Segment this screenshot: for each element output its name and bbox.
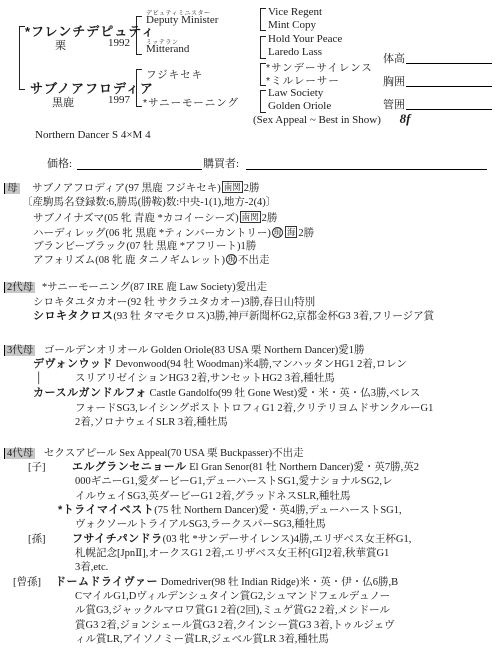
greatgrandchild1-cont4: ィル賞LR,アイソノミー賞LR,ジェベル賞LR 3着,種牡馬	[75, 633, 329, 646]
foal-line-1: サブノイナズマ(05 牝 青鹿 *カコイーシーズ)南関2勝	[33, 211, 277, 225]
cannon-blank-line	[406, 108, 492, 110]
sire-dam-name: Mitterand	[146, 43, 189, 55]
gen4-section-line: 4代母 セクスアピール Sex Appeal(70 USA 栗 Buckpass…	[4, 447, 304, 460]
gen3-section-label: 3代母	[4, 345, 35, 356]
gg6-name: *ミルレーサー	[266, 73, 340, 88]
dam-sire-name: フジキセキ	[146, 67, 203, 82]
height-label: 体高	[383, 50, 405, 66]
foal2-region-badge: 海	[285, 226, 298, 238]
gen3-head: ゴールデンオリオール Golden Oriole(83 USA 栗 Northe…	[44, 345, 365, 356]
greatgrandchild1-cont1: CマイルG1,Dヴィルデンシュタイン賞G2,シュマンドフェルデュノー	[75, 590, 390, 603]
gen3-foal-2: カースルガンドルフォ Castle Gandolfo(99 牡 Gone Wes…	[33, 387, 420, 400]
dam-record-wins: 2勝	[244, 183, 260, 194]
child1-cont1: 000ギニーG1,愛ダービーG1,デューハーストSG1,愛ナショナルSG2,レ	[75, 475, 393, 488]
family-number: 8f	[400, 111, 411, 126]
price-label: 価格:	[47, 155, 72, 171]
grandchild1-cont2: 3着,etc.	[75, 561, 108, 574]
greatgrandchild1-cont3: 賞G3 2着,ジョンシェール賞G3 2着,クインシー賞G3 3着,トゥルジェヴ	[75, 619, 395, 632]
gen3-foal-1-cont: スリアリゼイションHG3 2着,サンセットHG2 3着,種牡馬	[75, 372, 335, 385]
greatgrandchild1-name: ドームドライヴァー	[55, 576, 158, 588]
foal2-active-badge: 現	[272, 227, 283, 238]
gen3-foal1-name: デヴォンウッド	[33, 358, 113, 370]
pedigree-bracket-gp4	[260, 90, 266, 113]
grandchild1-line: フサイチパンドラ(03 牝 *サンデーサイレンス)4勝,エリザベス女王杯G1,	[72, 533, 411, 546]
gg3-name: Hold Your Peace	[268, 33, 342, 45]
child1-line: エルグランセニョール El Gran Senor(81 牡 Northern D…	[72, 461, 419, 474]
child2-line: *トライマイベスト(75 牡 Northern Dancer)愛・英4勝,デュー…	[58, 504, 402, 517]
gg7-name: Law Society	[268, 87, 323, 99]
foal-line-4: アフォリズム(08 牝 鹿 タニノギムレット)現不出走	[33, 254, 270, 267]
gg2-name: Mint Copy	[268, 19, 316, 31]
dam-coat: 黒鹿	[52, 94, 74, 110]
gg4-name: Laredo Lass	[268, 46, 322, 58]
gen3-foal2-rest: Castle Gandolfo(99 牡 Gone West)愛・米・英・仏3勝…	[147, 388, 420, 399]
dam-dam-name: *サニーモーニング	[143, 95, 239, 110]
gen4-section-label: 4代母	[4, 448, 35, 459]
buyer-blank-line	[246, 168, 487, 170]
gg1-name: Vice Regent	[268, 6, 322, 18]
dam-record-name: サブノアフロディア	[32, 183, 125, 194]
child1-cont2: イルウェイSG3,英ダービーG1 2着,グラッドネスSLR,種牡馬	[75, 490, 350, 503]
gen2-foal-2: シロキタクロス(93 牡 タマモクロス)3勝,神戸新聞杯G2,京都金杯G3 3着…	[33, 310, 434, 323]
foal2-record: 2勝	[298, 228, 314, 239]
foal1-record: 2勝	[262, 213, 278, 224]
greatgrandchild1-line: ドームドライヴァー Domedriver(98 牡 Indian Ridge)米…	[55, 576, 398, 589]
chest-blank-line	[406, 85, 492, 87]
gen3-section-line: 3代母 ゴールデンオリオール Golden Oriole(83 USA 栗 No…	[4, 344, 365, 357]
gen2-section-label: 2代母	[4, 282, 35, 293]
grandchild1-rest: (03 牝 *サンデーサイレンス)4勝,エリザベス女王杯G1,	[163, 534, 412, 545]
cannon-label: 管囲	[383, 96, 405, 112]
greatgrandchild-tag: [曾孫]	[13, 576, 41, 589]
dam-section-line: 母 サブノアフロディア(97 黒鹿 フジキセキ)南関2勝	[4, 181, 260, 195]
grandchild1-name: フサイチパンドラ	[72, 533, 163, 545]
dam-year: 1997	[108, 94, 130, 110]
gen3-foal1-rest: Devonwood(94 牡 Woodman)米4勝,マンハッタンHG1 2着,…	[113, 359, 407, 370]
gen2-section-line: 2代母 *サニーモーニング(87 IRE 鹿 Law Society)愛出走	[4, 281, 267, 294]
foal4-active-badge: 現	[226, 254, 237, 265]
gen3-branch-mark: │	[35, 372, 42, 385]
dam-region-badge: 南関	[222, 181, 243, 193]
inbreeding-note: Northern Dancer S 4×M 4	[35, 129, 151, 141]
foal-line-3: ブランビーブラック(07 牡 黒鹿 *アフリート)1勝	[33, 240, 256, 253]
pedigree-catalog-page: *フレンチデピュティ 栗 1992 サブノアフロディア 黒鹿 1997 デビュテ…	[0, 0, 500, 653]
dam-progeny-stats: 〔産駒馬名登録数:6,勝馬(勝鞍)数:中央-1(1),地方-2(4)〕	[22, 196, 276, 209]
child1-name: エルグランセニョール	[72, 461, 187, 473]
gen3-foal2-name: カースルガンドルフォ	[33, 387, 147, 399]
pedigree-bracket-gp1	[260, 8, 266, 31]
foal-line-2: ハーディレッグ(06 牝 黒鹿 *ティンバーカントリー)現海2勝	[33, 226, 314, 240]
foal1-text: サブノイナズマ(05 牝 青鹿 *カコイーシーズ)	[33, 213, 239, 224]
gen2-foal2-rest: (93 牡 タマモクロス)3勝,神戸新聞杯G2,京都金杯G3 3着,フリージア賞	[113, 311, 434, 322]
sire-coat-year: 栗 1992	[55, 37, 130, 53]
gen3-foal-1: デヴォンウッド Devonwood(94 牡 Woodman)米4勝,マンハッタ…	[33, 358, 407, 371]
dam-record-detail: (97 黒鹿 フジキセキ)	[125, 183, 221, 194]
sire-coat: 栗	[55, 37, 66, 53]
dam-section-label: 母	[4, 183, 20, 194]
height-blank-line	[406, 62, 492, 64]
buyer-label: 購買者:	[203, 155, 239, 171]
price-blank-line	[77, 168, 202, 170]
gen2-head: *サニーモーニング(87 IRE 鹿 Law Society)愛出走	[42, 282, 267, 293]
gen3-foal-2-cont2: 2着,ソロナウェイSLR 3着,種牡馬	[75, 416, 228, 429]
gen4-head: セクスアピール Sex Appeal(70 USA 栗 Buckpasser)不…	[44, 448, 304, 459]
child2-rest: (75 牡 Northern Dancer)愛・英4勝,デューハーストSG1,	[154, 505, 401, 516]
grandchild-tag: [孫]	[28, 533, 46, 546]
child1-rest: El Gran Senor(81 牡 Northern Dancer)愛・英7勝…	[187, 462, 419, 473]
child2-cont1: ヴォクソールトライアルSG3,ラークスパーSG3,種牡馬	[75, 518, 326, 531]
sire-sire-name: Deputy Minister	[146, 14, 218, 26]
greatgrandchild1-rest: Domedriver(98 牡 Indian Ridge)米・英・伊・仏6勝,B	[158, 577, 398, 588]
child2-name: *トライマイベスト	[58, 504, 154, 516]
foal4-record: 不出走	[238, 255, 270, 266]
grandchild1-cont1: 札幌記念[JpnⅡ],オークスG1 2着,エリザベス女王杯[GⅠ]2着,秋華賞G…	[75, 547, 389, 560]
pedigree-bracket-gp2	[260, 36, 266, 59]
sire-year: 1992	[108, 37, 130, 53]
chest-label: 胸囲	[383, 73, 405, 89]
child-tag: [子]	[28, 461, 46, 474]
family-line: (Sex Appeal ~ Best in Show) 8f	[253, 111, 410, 127]
greatgrandchild1-cont2: ル賞G3,ジャックルマロワ賞G1 2着(2回),ミュゲ賞G2 2着,メシドール	[75, 604, 390, 617]
gen2-foal2-name: シロキタクロス	[33, 310, 113, 322]
foal4-text: アフォリズム(08 牝 鹿 タニノギムレット)	[33, 255, 225, 266]
foal1-region-badge: 南関	[240, 211, 261, 223]
dam-coat-year: 黒鹿 1997	[52, 94, 130, 110]
gen3-foal-2-cont1: フォードSG3,レイシングポストトロフィG1 2着,クリテリヨムドサンクルーG1	[75, 402, 433, 415]
family-line-text: (Sex Appeal ~ Best in Show)	[253, 114, 381, 126]
gen2-foal-1: シロキタユタカオー(92 牡 サクラユタカオー)3勝,春日山特別	[33, 296, 315, 309]
foal2-text: ハーディレッグ(06 牝 黒鹿 *ティンバーカントリー)	[33, 228, 271, 239]
